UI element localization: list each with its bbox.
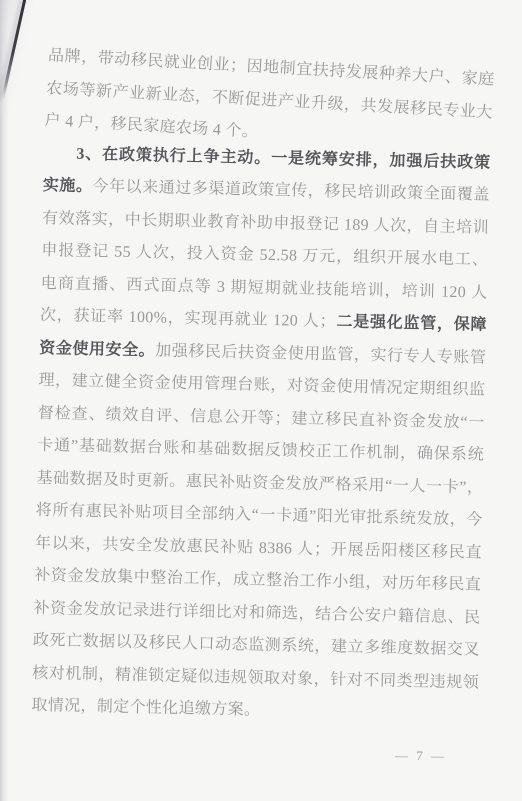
paragraph-text: 今年以来通过多渠道政策宣传，移民培训政策全面覆盖有效落实，中长期职业教育补助申报…: [40, 178, 490, 330]
paragraph-text: 加强移民后扶资金使用监管，实行专人专账管理，建立健全资金使用管理台账，对资金使用…: [31, 342, 486, 719]
scanner-edge-shadow: [0, 0, 8, 801]
paragraph-text: 品牌，带动移民就业创业；因地制宜扶持发展种养大户、家庭农场等新产业新业态，不断促…: [44, 47, 495, 141]
page-corner-shadow: [0, 0, 34, 115]
paragraph-policy-execution: 3、在政策执行上争主动。一是统筹安排，加强后扶政策实施。今年以来通过多渠道政策宣…: [31, 137, 491, 732]
scanned-document-page: 品牌，带动移民就业创业；因地制宜扶持发展种养大户、家庭农场等新产业新业态，不断促…: [0, 0, 522, 801]
document-body: 品牌，带动移民就业创业；因地制宜扶持发展种养大户、家庭农场等新产业新业态，不断促…: [31, 40, 493, 732]
page-number: — 7 —: [394, 748, 446, 764]
